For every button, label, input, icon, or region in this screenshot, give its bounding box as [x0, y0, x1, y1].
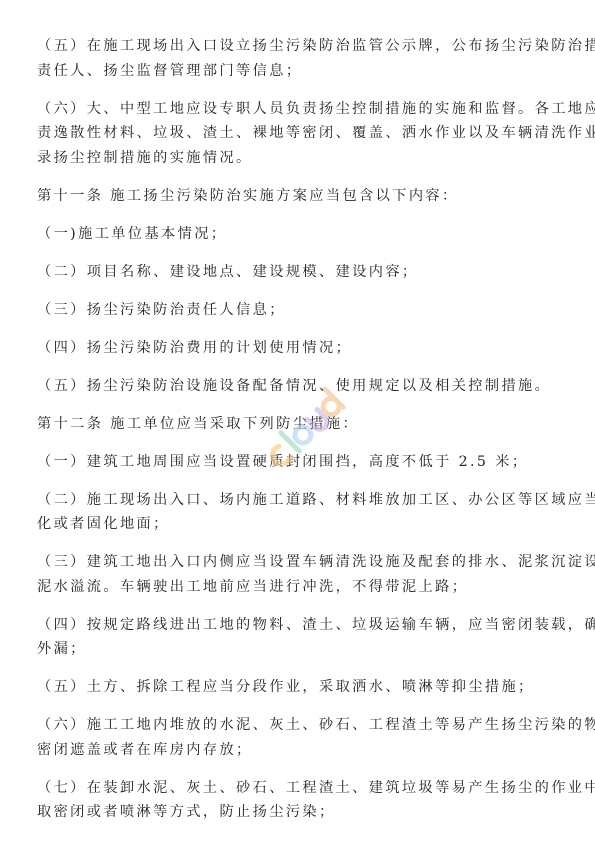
text-line: （五）扬尘污染防治设施设备配备情况、使用规定以及相关控制措施。: [37, 374, 561, 399]
text-line: 录扬尘控制措施的实施情况。: [37, 146, 561, 171]
text-line: （四）按规定路线进出工地的物料、渣土、垃圾运输车辆，应当密闭装载，确保不遗撒: [37, 613, 561, 638]
paragraph-item-6-supervision: （六）大、中型工地应设专职人员负责扬尘控制措施的实施和监督。各工地应有专人负 责…: [37, 97, 561, 171]
article-11-item-4: （四）扬尘污染防治费用的计划使用情况；: [37, 336, 561, 361]
article-12-item-7: （七）在装卸水泥、灰土、砂石、工程渣土、建筑垃圾等易产生扬尘的作业中，应当采 取…: [37, 776, 561, 825]
text-line: （七）在装卸水泥、灰土、砂石、工程渣土、建筑垃圾等易产生扬尘的作业中，应当采: [37, 776, 561, 801]
text-line: （一)施工单位基本情况；: [37, 222, 561, 247]
article-12-item-2: （二）施工现场出入口、场内施工道路、材料堆放加工区、办公区等区域应当硬化、绿 化…: [37, 488, 561, 537]
text-line: （五）在施工现场出入口设立扬尘污染防治监管公示牌，公布扬尘污染防治措施、相关: [37, 34, 561, 59]
article-11-item-3: （三）扬尘污染防治责任人信息；: [37, 298, 561, 323]
text-line: （四）扬尘污染防治费用的计划使用情况；: [37, 336, 561, 361]
text-line: （六）大、中型工地应设专职人员负责扬尘控制措施的实施和监督。各工地应有专人负: [37, 97, 561, 122]
article-12-heading: 第十二条 施工单位应当采取下列防尘措施：: [37, 412, 561, 437]
article-11-heading: 第十一条 施工扬尘污染防治实施方案应当包含以下内容：: [37, 184, 561, 209]
text-line: 取密闭或者喷淋等方式，防止扬尘污染；: [37, 800, 561, 825]
text-line: （一）建筑工地周围应当设置硬质封闭围挡，高度不低于 2.5 米；: [37, 450, 561, 475]
text-line: 责逸散性材料、垃圾、渣土、裸地等密闭、覆盖、洒水作业以及车辆清洗作业等，并记: [37, 121, 561, 146]
document-page: （五）在施工现场出入口设立扬尘污染防治监管公示牌，公布扬尘污染防治措施、相关 责…: [37, 34, 561, 838]
paragraph-item-5-notice-board: （五）在施工现场出入口设立扬尘污染防治监管公示牌，公布扬尘污染防治措施、相关 责…: [37, 34, 561, 83]
article-11-item-5: （五）扬尘污染防治设施设备配备情况、使用规定以及相关控制措施。: [37, 374, 561, 399]
text-line: （三）扬尘污染防治责任人信息；: [37, 298, 561, 323]
article-12-item-6: （六）施工工地内堆放的水泥、灰土、砂石、工程渣土等易产生扬尘污染的物料，应当 密…: [37, 713, 561, 762]
article-11-item-1: （一)施工单位基本情况；: [37, 222, 561, 247]
article-12-item-4: （四）按规定路线进出工地的物料、渣土、垃圾运输车辆，应当密闭装载，确保不遗撒 外…: [37, 613, 561, 662]
text-line: 外漏；: [37, 637, 561, 662]
article-12-item-3: （三）建筑工地出入口内侧应当设置车辆清洗设施及配套的排水、泥浆沉淀设施，防止 泥…: [37, 550, 561, 599]
text-line: 第十一条 施工扬尘污染防治实施方案应当包含以下内容：: [37, 184, 561, 209]
article-12-item-1: （一）建筑工地周围应当设置硬质封闭围挡，高度不低于 2.5 米；: [37, 450, 561, 475]
article-12-item-5: （五）土方、拆除工程应当分段作业，采取洒水、喷淋等抑尘措施；: [37, 675, 561, 700]
text-line: 泥水溢流。车辆驶出工地前应当进行冲洗，不得带泥上路；: [37, 575, 561, 600]
text-line: 责任人、扬尘监督管理部门等信息；: [37, 59, 561, 84]
article-11-item-2: （二）项目名称、建设地点、建设规模、建设内容；: [37, 260, 561, 285]
text-line: 化或者固化地面；: [37, 512, 561, 537]
text-line: （五）土方、拆除工程应当分段作业，采取洒水、喷淋等抑尘措施；: [37, 675, 561, 700]
text-line: （三）建筑工地出入口内侧应当设置车辆清洗设施及配套的排水、泥浆沉淀设施，防止: [37, 550, 561, 575]
text-line: 密闭遮盖或者在库房内存放；: [37, 738, 561, 763]
text-line: 第十二条 施工单位应当采取下列防尘措施：: [37, 412, 561, 437]
text-line: （二）施工现场出入口、场内施工道路、材料堆放加工区、办公区等区域应当硬化、绿: [37, 488, 561, 513]
text-line: （六）施工工地内堆放的水泥、灰土、砂石、工程渣土等易产生扬尘污染的物料，应当: [37, 713, 561, 738]
text-line: （二）项目名称、建设地点、建设规模、建设内容；: [37, 260, 561, 285]
